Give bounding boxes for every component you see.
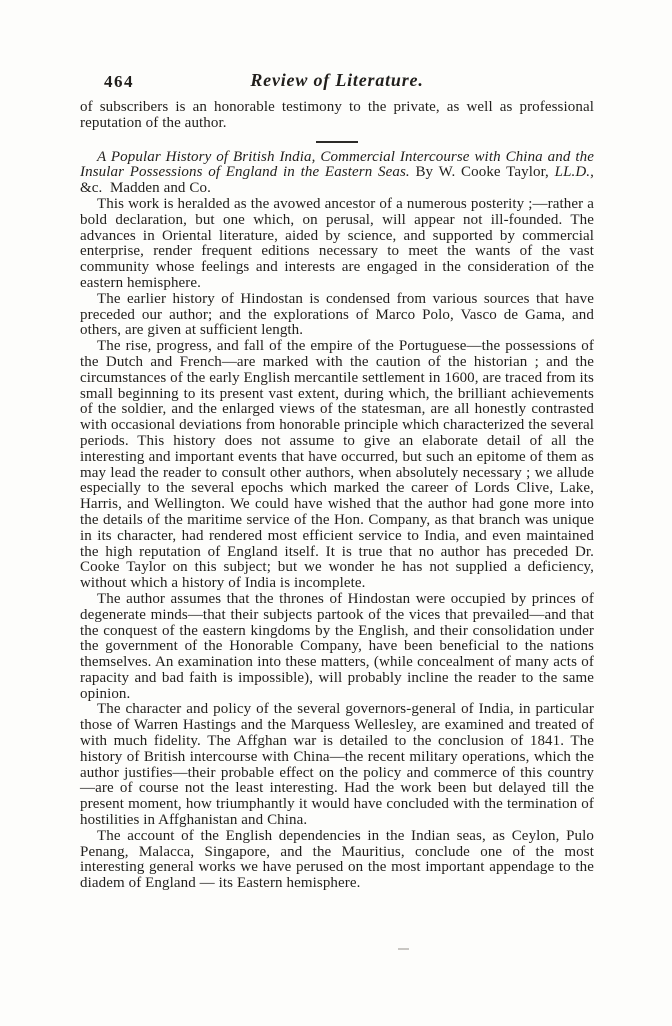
- review-paragraph-6: The account of the English dependencies …: [80, 829, 594, 892]
- scanned-book-page: 464 Review of Literature. of subscribers…: [0, 0, 672, 1026]
- review-paragraph-4: The author assumes that the thrones of H…: [80, 592, 594, 703]
- review-paragraph-2: The earlier history of Hindostan is cond…: [80, 292, 594, 339]
- text-segment: This work is heralded as the avowed ance…: [80, 196, 594, 291]
- text-segment: By W. Cooke Taylor,: [410, 164, 555, 180]
- text-segment: The earlier history of Hindostan is cond…: [80, 291, 594, 339]
- article-body: of subscribers is an honorable testimony…: [80, 100, 594, 892]
- text-segment: of subscribers is an honorable testimony…: [80, 99, 594, 131]
- book-citation: A Popular History of British India, Comm…: [80, 150, 594, 197]
- section-divider: [316, 141, 358, 143]
- running-title: Review of Literature.: [80, 70, 594, 91]
- review-paragraph-1: This work is heralded as the avowed ance…: [80, 197, 594, 292]
- text-segment: The rise, progress, and fall of the empi…: [80, 338, 594, 591]
- text-segment: The author assumes that the thrones of H…: [80, 591, 594, 702]
- text-segment: The character and policy of the several …: [80, 701, 594, 828]
- review-paragraph-5: The character and policy of the several …: [80, 702, 594, 828]
- scan-artifact-mark: [398, 948, 409, 950]
- text-segment: The account of the English dependencies …: [80, 828, 594, 891]
- italic-text-segment: LL.D.: [555, 164, 591, 180]
- review-paragraph-3: The rise, progress, and fall of the empi…: [80, 339, 594, 592]
- running-header: 464 Review of Literature.: [80, 70, 594, 96]
- continuation-paragraph: of subscribers is an honorable testimony…: [80, 100, 594, 132]
